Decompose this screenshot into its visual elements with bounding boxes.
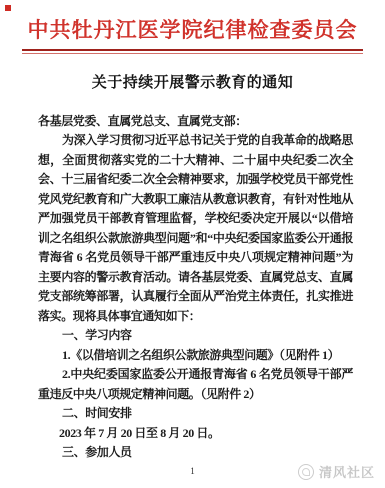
notice-document-page: 中共牡丹江医学院纪律检查委员会 关于持续开展警示教育的通知 各基层党委、直属党总… xyxy=(0,0,385,488)
watermark: 清风社区 xyxy=(298,462,375,481)
watermark-label: 清风社区 xyxy=(319,462,375,481)
section-1-item-2: 2.中央纪委国家监委公开通报青海省 6 名党员领导干部严重违反中央八项规定精神问… xyxy=(38,365,353,404)
section-heading-2: 二、时间安排 xyxy=(38,404,353,424)
salutation-line: 各基层党委、直属党总支、直属党支部： xyxy=(38,112,353,132)
page-number: 1 xyxy=(190,466,195,476)
section-heading-3: 三、参加人员 xyxy=(38,443,353,463)
section-2-date-range: 2023 年 7 月 20 日至 8 月 20 日。 xyxy=(38,424,353,444)
section-1-item-1: 1.《以借培训之名组织公款旅游典型问题》（见附件 1） xyxy=(38,346,353,366)
document-body: 各基层党委、直属党总支、直属党支部： 为深入学习贯彻习近平总书记关于党的自我革命… xyxy=(38,112,353,463)
document-title: 关于持续开展警示教育的通知 xyxy=(0,71,385,92)
red-corner-mark xyxy=(5,5,11,11)
letterhead-title: 中共牡丹江医学院纪律检查委员会 xyxy=(10,14,375,44)
section-heading-1: 一、学习内容 xyxy=(38,326,353,346)
intro-paragraph: 为深入学习贯彻习近平总书记关于党的自我革命的战略思想，全面贯彻落实党的二十大精神… xyxy=(38,131,353,326)
round-seal-icon xyxy=(298,464,314,480)
letterhead-divider-rule xyxy=(22,49,363,54)
